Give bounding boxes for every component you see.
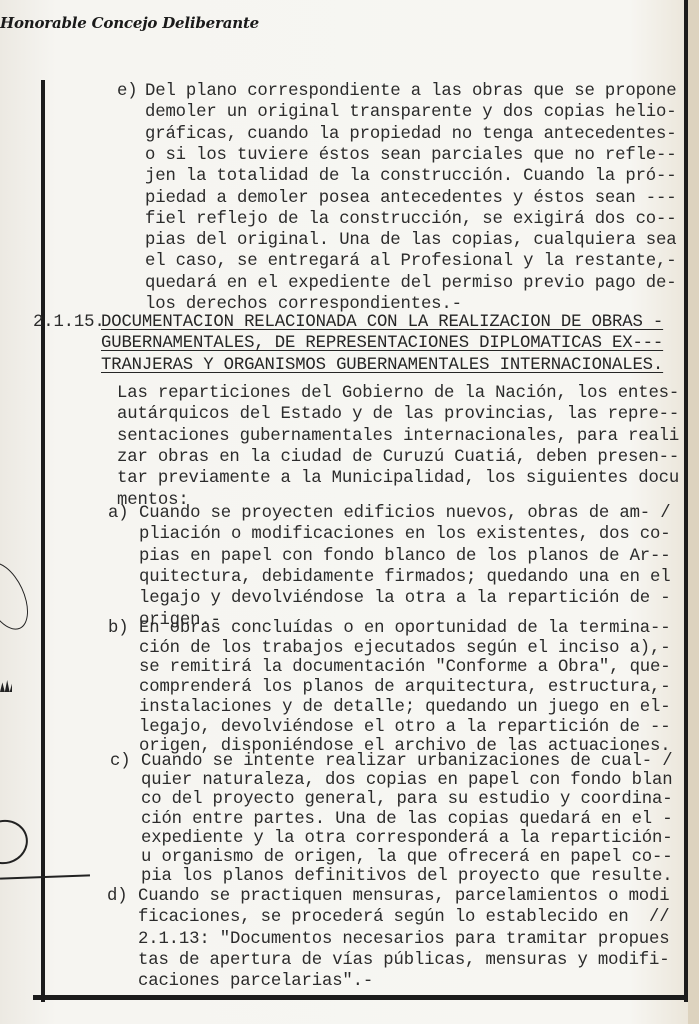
item-e-line: quedará en el expediente del permiso pre…	[145, 274, 676, 294]
list-item-line: quier naturaleza, dos copias en papel co…	[141, 771, 672, 791]
list-item-line: Cuando se intente realizar urbanizacione…	[141, 752, 672, 772]
item-label: e)	[117, 82, 137, 102]
item-label: b)	[108, 619, 128, 639]
margin-border-left	[41, 80, 45, 1002]
list-item-line: quitectura, debidamente firmados; quedan…	[139, 568, 670, 588]
list-item-line: legajo y devolviéndose la otra a la repa…	[139, 589, 670, 609]
list-item-line: ficaciones, se procederá según lo establ…	[138, 908, 669, 928]
list-item-line: Cuando se proyecten edificios nuevos, ob…	[139, 504, 670, 524]
letterhead-title: Honorable Concejo Deliberante	[0, 14, 259, 32]
section-title-line: GUBERNAMENTALES, DE REPRESENTACIONES DIP…	[101, 334, 663, 354]
list-item-line: se remitirá la documentación "Conforme a…	[139, 658, 670, 678]
list-item-line: tas de apertura de vías públicas, mensur…	[138, 951, 669, 971]
list-item-line: instalaciones y de detalle; quedando un …	[139, 698, 670, 718]
item-e-line: o si los tuviere éstos sean parciales qu…	[145, 146, 676, 166]
item-e-line: los derechos correspondientes.-	[145, 295, 462, 315]
item-label: a)	[108, 504, 128, 524]
item-e-line: Del plano correspondiente a las obras qu…	[145, 82, 676, 102]
item-e-line: fiel reflejo de la construcción, se exig…	[145, 210, 676, 230]
margin-border-bottom	[33, 995, 688, 1000]
intro-line: tar previamente a la Municipalidad, los …	[117, 469, 679, 489]
item-e-line: demoler un original transparente y dos c…	[145, 103, 676, 123]
list-item-line: En obras concluídas o en oportunidad de …	[139, 619, 670, 639]
list-item-line: legajo, devolviéndose el otro a la repar…	[139, 718, 670, 738]
list-item-line: ción de los trabajos ejecutados según el…	[139, 639, 670, 659]
item-label: d)	[107, 887, 127, 907]
list-item-line: pliación o modificaciones en los existen…	[139, 525, 670, 545]
list-item-line: 2.1.13: "Documentos necesarios para tram…	[138, 930, 669, 950]
section-title-line: DOCUMENTACION RELACIONADA CON LA REALIZA…	[101, 313, 663, 333]
intro-line: zar obras en la ciudad de Curuzú Cuatiá,…	[117, 448, 679, 468]
list-item-line: expediente y la otra corresponderá a la …	[141, 829, 672, 849]
item-e-line: gráficas, cuando la propiedad no tenga a…	[145, 125, 676, 145]
section-title-line: TRANJERAS Y ORGANISMOS GUBERNAMENTALES I…	[101, 356, 663, 376]
intro-line: autárquicos del Estado y de las provinci…	[117, 405, 679, 425]
intro-line: sentaciones gubernamentales internaciona…	[117, 427, 679, 447]
list-item-line: u organismo de origen, la que ofrecerá e…	[141, 848, 672, 868]
item-e-line: jen la totalidad de la construcción. Cua…	[145, 167, 676, 187]
list-item-line: comprenderá los planos de arquitectura, …	[139, 678, 670, 698]
margin-border-right	[684, 0, 688, 1002]
list-item-line: pias en papel con fondo blanco de los pl…	[139, 547, 670, 567]
list-item-line: caciones parcelarias".-	[138, 972, 373, 992]
list-item-line: ción entre partes. Una de las copias que…	[141, 810, 672, 830]
page-edge	[688, 0, 699, 1024]
item-label: c)	[110, 752, 130, 772]
item-e-line: piedad a demoler posea antecedentes y és…	[145, 189, 676, 209]
list-item-line: co del proyecto general, para su estudio…	[141, 790, 672, 810]
item-e-line: el caso, se entregará al Profesional y l…	[145, 252, 676, 272]
section-number: 2.1.15.	[33, 313, 105, 333]
list-item-line: pia los planos definitivos del proyecto …	[141, 867, 672, 887]
list-item-line: Cuando se practiquen mensuras, parcelami…	[138, 887, 669, 907]
item-e-line: pias del original. Una de las copias, cu…	[145, 231, 676, 251]
intro-line: Las reparticiones del Gobierno de la Nac…	[117, 384, 679, 404]
